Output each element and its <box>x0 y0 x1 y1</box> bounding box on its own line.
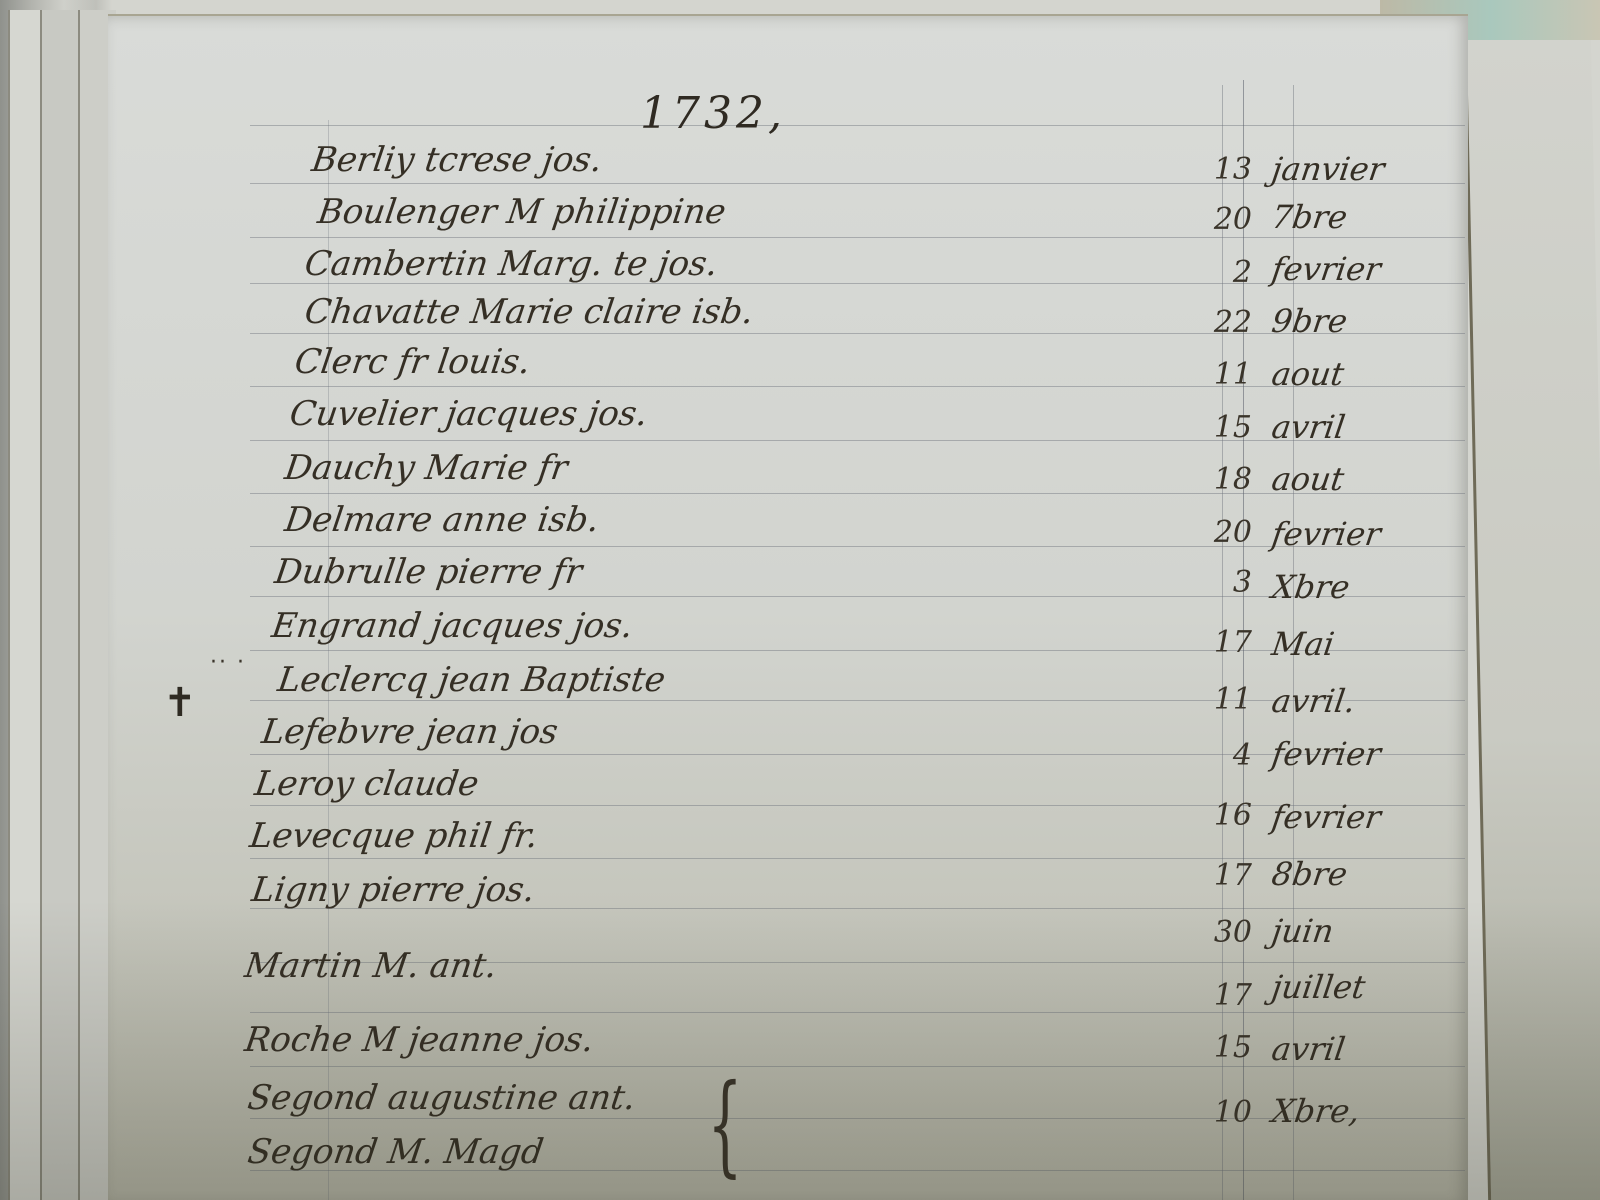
entry-month: 7bre <box>1269 198 1349 236</box>
entry-name: Lefebvre jean jos <box>259 712 560 752</box>
entry-name: Dauchy Marie fr <box>282 448 570 488</box>
entry-month: 8bre <box>1269 855 1349 893</box>
entry-month: janvier <box>1269 150 1386 188</box>
entry-name: Martin M. ant. <box>242 946 499 986</box>
entry-name: Segond augustine ant. <box>245 1078 638 1118</box>
entry-name: Cuvelier jacques jos. <box>287 394 650 434</box>
entry-month: avril. <box>1269 682 1357 720</box>
entry-name: Cambertin Marg. te jos. <box>302 244 720 284</box>
entry-name: Chavatte Marie claire isb. <box>302 292 756 332</box>
entry-name: Segond M. Magd <box>245 1132 546 1172</box>
entry-month: Xbre, <box>1269 1092 1362 1130</box>
entry-day: 17 <box>1192 625 1252 660</box>
entry-day: 30 <box>1192 915 1252 950</box>
entry-name: Engrand jacques jos. <box>269 606 635 646</box>
entry-name: Roche M jeanne jos. <box>242 1020 596 1060</box>
entry-day: 15 <box>1192 410 1252 445</box>
entry-name: Berliy tcrese jos. <box>309 140 604 180</box>
entry-day: 17 <box>1192 978 1252 1013</box>
entry-name: Leroy claude <box>252 764 481 804</box>
entry-name: Leclercq jean Baptiste <box>275 660 668 700</box>
year-heading: 1732, <box>640 88 786 139</box>
entry-month: fevrier <box>1269 515 1383 553</box>
entry-month: avril <box>1269 1030 1347 1068</box>
entry-month: fevrier <box>1269 735 1383 773</box>
entry-month: aout <box>1269 355 1346 393</box>
entry-name: Levecque phil fr. <box>247 816 540 856</box>
entry-day: 11 <box>1192 357 1252 392</box>
entry-day: 15 <box>1192 1030 1252 1065</box>
entry-day: 17 <box>1192 858 1252 893</box>
register-book: 1732, ✝ ·· · { Berliy tcrese jos. Boulen… <box>0 0 1600 1200</box>
entry-day: 11 <box>1192 682 1252 717</box>
entry-day: 20 <box>1192 202 1252 237</box>
entry-name: Clerc fr louis. <box>292 342 533 382</box>
page-edge <box>40 10 82 1200</box>
entry-day: 22 <box>1192 305 1252 340</box>
entry-day: 10 <box>1192 1095 1252 1130</box>
entry-month: Xbre <box>1269 568 1352 606</box>
entry-month: 9bre <box>1269 302 1349 340</box>
margin-dots: ·· · <box>210 650 246 675</box>
entry-day: 13 <box>1192 152 1252 187</box>
entry-day: 18 <box>1192 462 1252 497</box>
entry-month: avril <box>1269 408 1347 446</box>
entry-day: 2 <box>1192 255 1252 290</box>
entry-month: fevrier <box>1269 250 1383 288</box>
entry-month: juin <box>1269 912 1336 950</box>
entry-day: 4 <box>1192 738 1252 773</box>
facing-page <box>1464 40 1600 1200</box>
entry-month: juillet <box>1269 968 1367 1006</box>
page-edge <box>8 10 40 1200</box>
entry-month: aout <box>1269 460 1346 498</box>
entry-name: Dubrulle pierre fr <box>272 552 584 592</box>
entry-month: fevrier <box>1269 798 1383 836</box>
entry-day: 16 <box>1192 798 1252 833</box>
entry-name: Boulenger M philippine <box>315 192 728 232</box>
entry-name: Ligny pierre jos. <box>249 870 537 910</box>
entry-name: Delmare anne isb. <box>282 500 601 540</box>
grouping-brace: { <box>708 1060 743 1188</box>
cross-mark-icon: ✝ <box>163 680 197 726</box>
entry-day: 3 <box>1192 565 1252 600</box>
entry-month: Mai <box>1269 625 1336 663</box>
entry-day: 20 <box>1192 515 1252 550</box>
